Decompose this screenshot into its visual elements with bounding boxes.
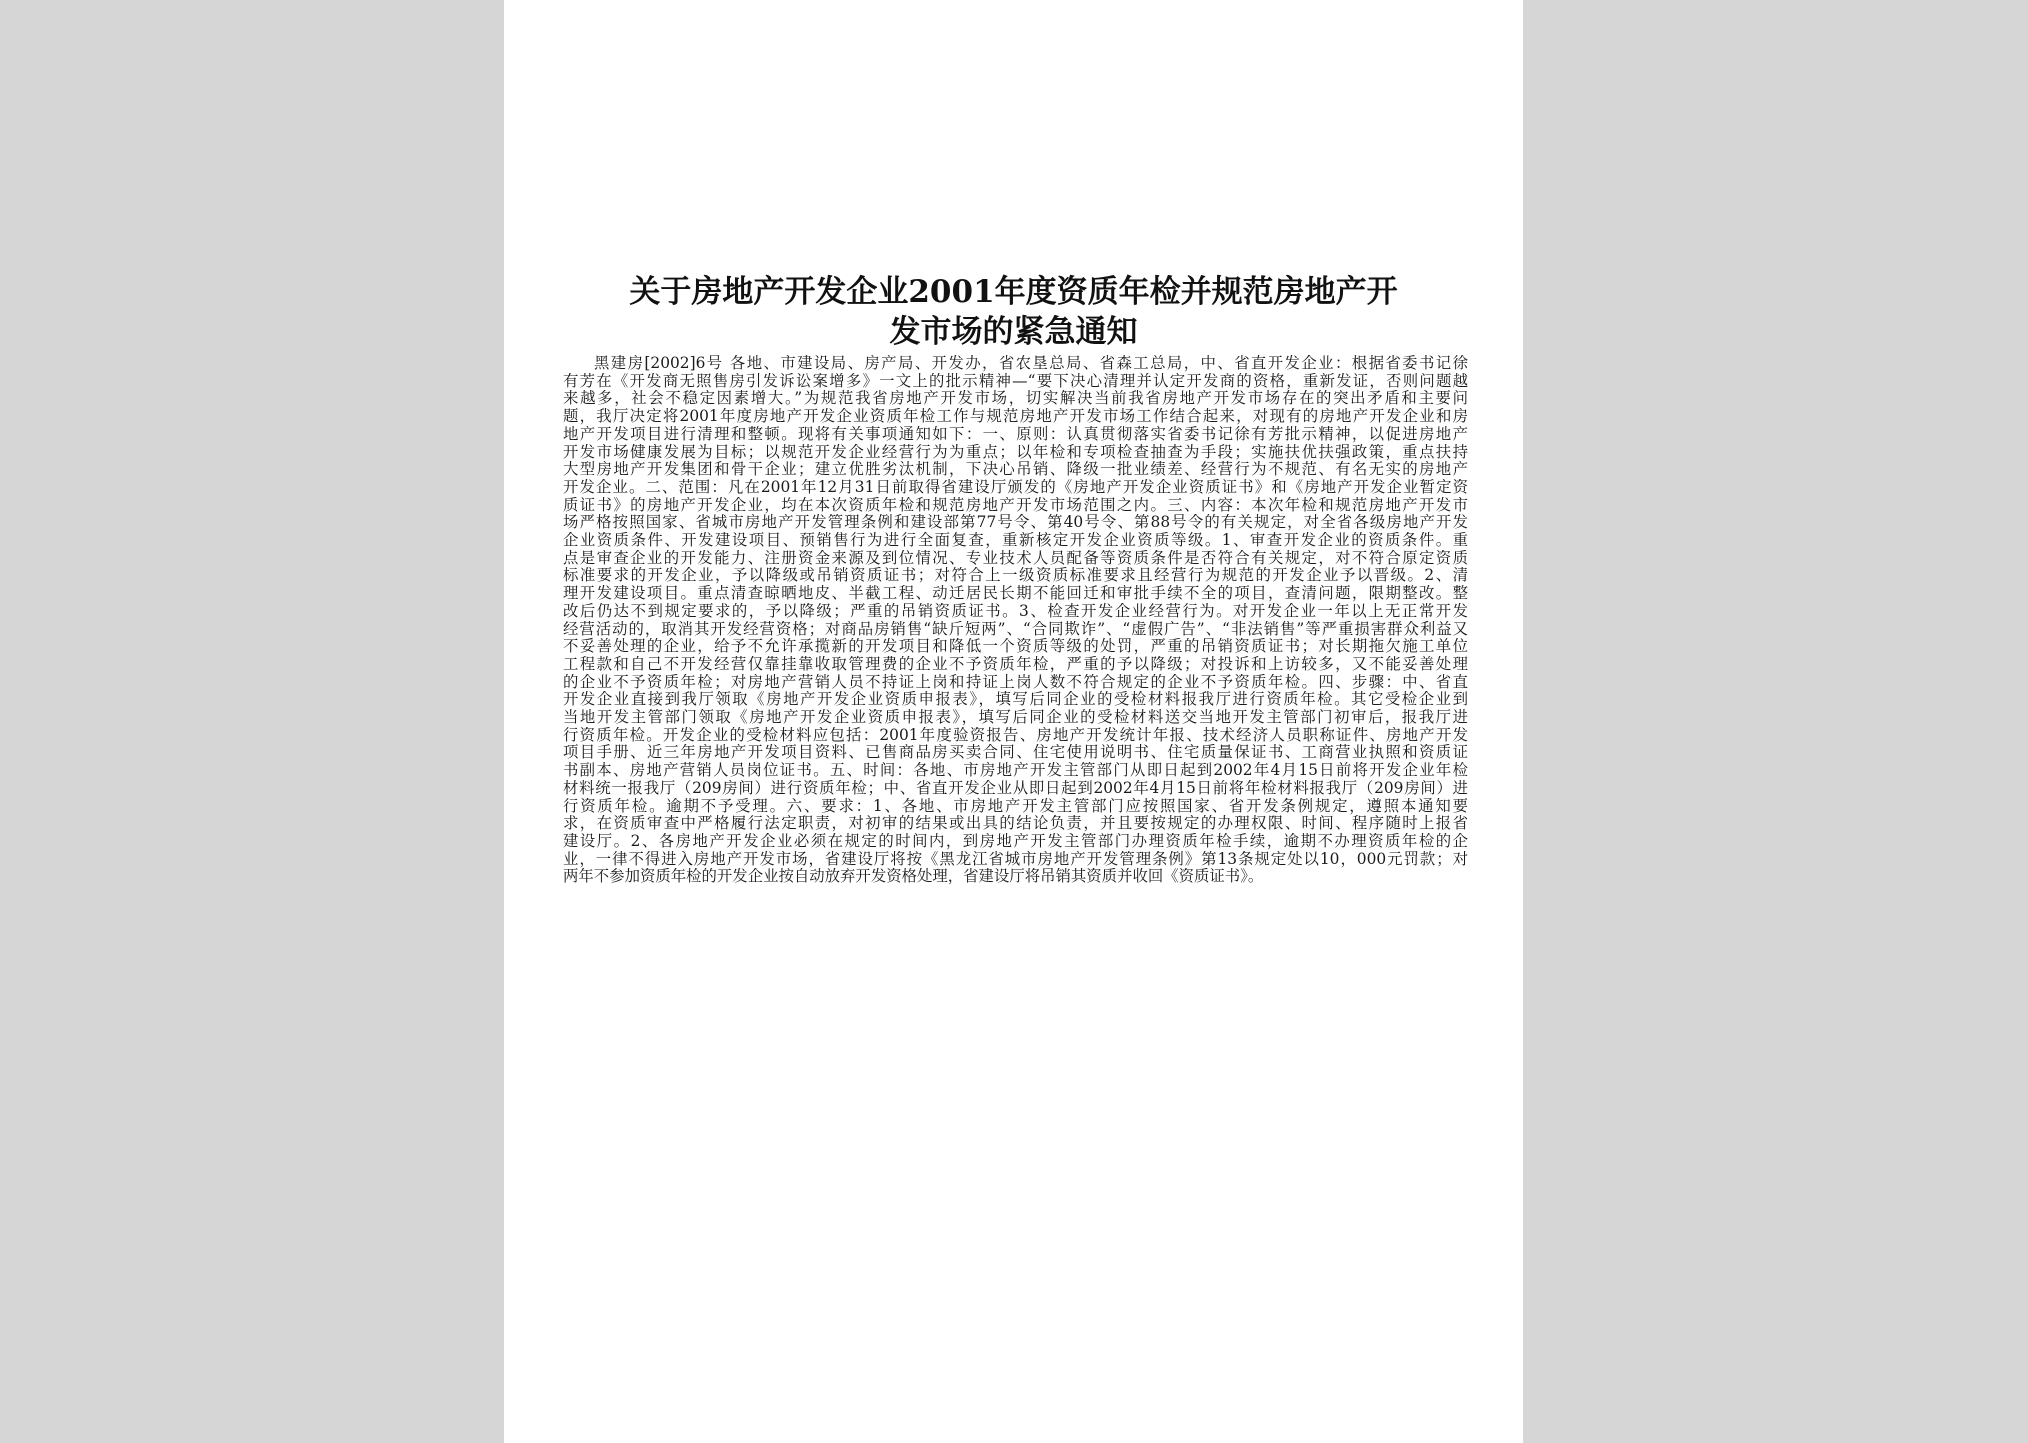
body-line: 书副本、房地产营销人员岗位证书。五、时间：各地、市房地产开发主管部门从即日起到2… xyxy=(563,762,1468,780)
body-line: 有芳在《开发商无照售房引发诉讼案增多》一文上的批示精神—“要下决心清理并认定开发… xyxy=(563,373,1468,391)
body-line: 两年不参加资质年检的开发企业按自动放弃开发资格处理，省建设厅将吊销其资质并收回《… xyxy=(563,868,1468,886)
body-line: 大型房地产开发集团和骨干企业；建立优胜劣汰机制，下决心吊销、降级一批业绩差、经营… xyxy=(563,461,1468,479)
document-body: 黑建房[2002]6号 各地、市建设局、房产局、开发办，省农垦总局、省森工总局，… xyxy=(563,355,1468,886)
body-line: 来越多，社会不稳定因素增大。”为规范我省房地产开发市场，切实解决当前我省房地产开… xyxy=(563,390,1468,408)
body-line: 项目手册、近三年房地产开发项目资料、已售商品房买卖合同、住宅使用说明书、住宅质量… xyxy=(563,744,1468,762)
body-line: 行资质年检。开发企业的受检材料应包括：2001年度验资报告、房地产开发统计年报、… xyxy=(563,727,1468,745)
body-line: 开发企业直接到我厅领取《房地产开发企业资质申报表》，填写后同企业的受检材料报我厅… xyxy=(563,691,1468,709)
body-line: 求，在资质审查中严格履行法定职责，对初审的结果或出具的结论负责，并且要按规定的办… xyxy=(563,815,1468,833)
body-line: 理开发建设项目。重点清查晾晒地皮、半截工程、动迁居民长期不能回迁和审批手续不全的… xyxy=(563,585,1468,603)
body-line: 场严格按照国家、省城市房地产开发管理条例和建设部第77号令、第40号令、第88号… xyxy=(563,514,1468,532)
document-page: 关于房地产开发企业2001年度资质年检并规范房地产开 发市场的紧急通知 黑建房[… xyxy=(504,0,1523,1443)
document-title: 关于房地产开发企业2001年度资质年检并规范房地产开 发市场的紧急通知 xyxy=(504,272,1523,352)
body-line: 不妥善处理的企业，给予不允许承揽新的开发项目和降低一个资质等级的处罚，严重的吊销… xyxy=(563,638,1468,656)
body-line: 行资质年检。逾期不予受理。六、要求：1、各地、市房地产开发主管部门应按照国家、省… xyxy=(563,798,1468,816)
title-line-2: 发市场的紧急通知 xyxy=(504,312,1523,352)
body-line: 材料统一报我厅（209房间）进行资质年检；中、省直开发企业从即日起到2002年4… xyxy=(563,780,1468,798)
body-line: 开发市场健康发展为目标；以规范开发企业经营行为为重点；以年检和专项检查抽查为手段… xyxy=(563,444,1468,462)
body-line: 建设厅。2、各房地产开发企业必须在规定的时间内，到房地产开发主管部门办理资质年检… xyxy=(563,833,1468,851)
body-line: 点是审查企业的开发能力、注册资金来源及到位情况、专业技术人员配备等资质条件是否符… xyxy=(563,550,1468,568)
body-line: 工程款和自己不开发经营仅靠挂靠收取管理费的企业不予资质年检，严重的予以降级；对投… xyxy=(563,656,1468,674)
body-line: 企业资质条件、开发建设项目、预销售行为进行全面复查，重新核定开发企业资质等级。1… xyxy=(563,532,1468,550)
body-line: 黑建房[2002]6号 各地、市建设局、房产局、开发办，省农垦总局、省森工总局，… xyxy=(563,355,1468,373)
body-line: 改后仍达不到规定要求的，予以降级；严重的吊销资质证书。3、检查开发企业经营行为。… xyxy=(563,603,1468,621)
body-line: 地产开发项目进行清理和整顿。现将有关事项通知如下：一、原则：认真贯彻落实省委书记… xyxy=(563,426,1468,444)
body-line: 的企业不予资质年检；对房地产营销人员不持证上岗和持证上岗人数不符合规定的企业不予… xyxy=(563,674,1468,692)
body-line: 经营活动的，取消其开发经营资格；对商品房销售“缺斤短两”、“合同欺诈”、“虚假广… xyxy=(563,621,1468,639)
body-line: 业，一律不得进入房地产开发市场，省建设厅将按《黑龙江省城市房地产开发管理条例》第… xyxy=(563,851,1468,869)
body-line: 质证书》的房地产开发企业，均在本次资质年检和规范房地产开发市场范围之内。三、内容… xyxy=(563,497,1468,515)
body-line: 标准要求的开发企业，予以降级或吊销资质证书；对符合上一级资质标准要求且经营行为规… xyxy=(563,567,1468,585)
body-line: 题，我厅决定将2001年度房地产开发企业资质年检工作与规范房地产开发市场工作结合… xyxy=(563,408,1468,426)
title-line-1: 关于房地产开发企业2001年度资质年检并规范房地产开 xyxy=(504,272,1523,312)
body-line: 开发企业。二、范围：凡在2001年12月31日前取得省建设厅颁发的《房地产开发企… xyxy=(563,479,1468,497)
body-line: 当地开发主管部门领取《房地产开发企业资质申报表》，填写后同企业的受检材料送交当地… xyxy=(563,709,1468,727)
